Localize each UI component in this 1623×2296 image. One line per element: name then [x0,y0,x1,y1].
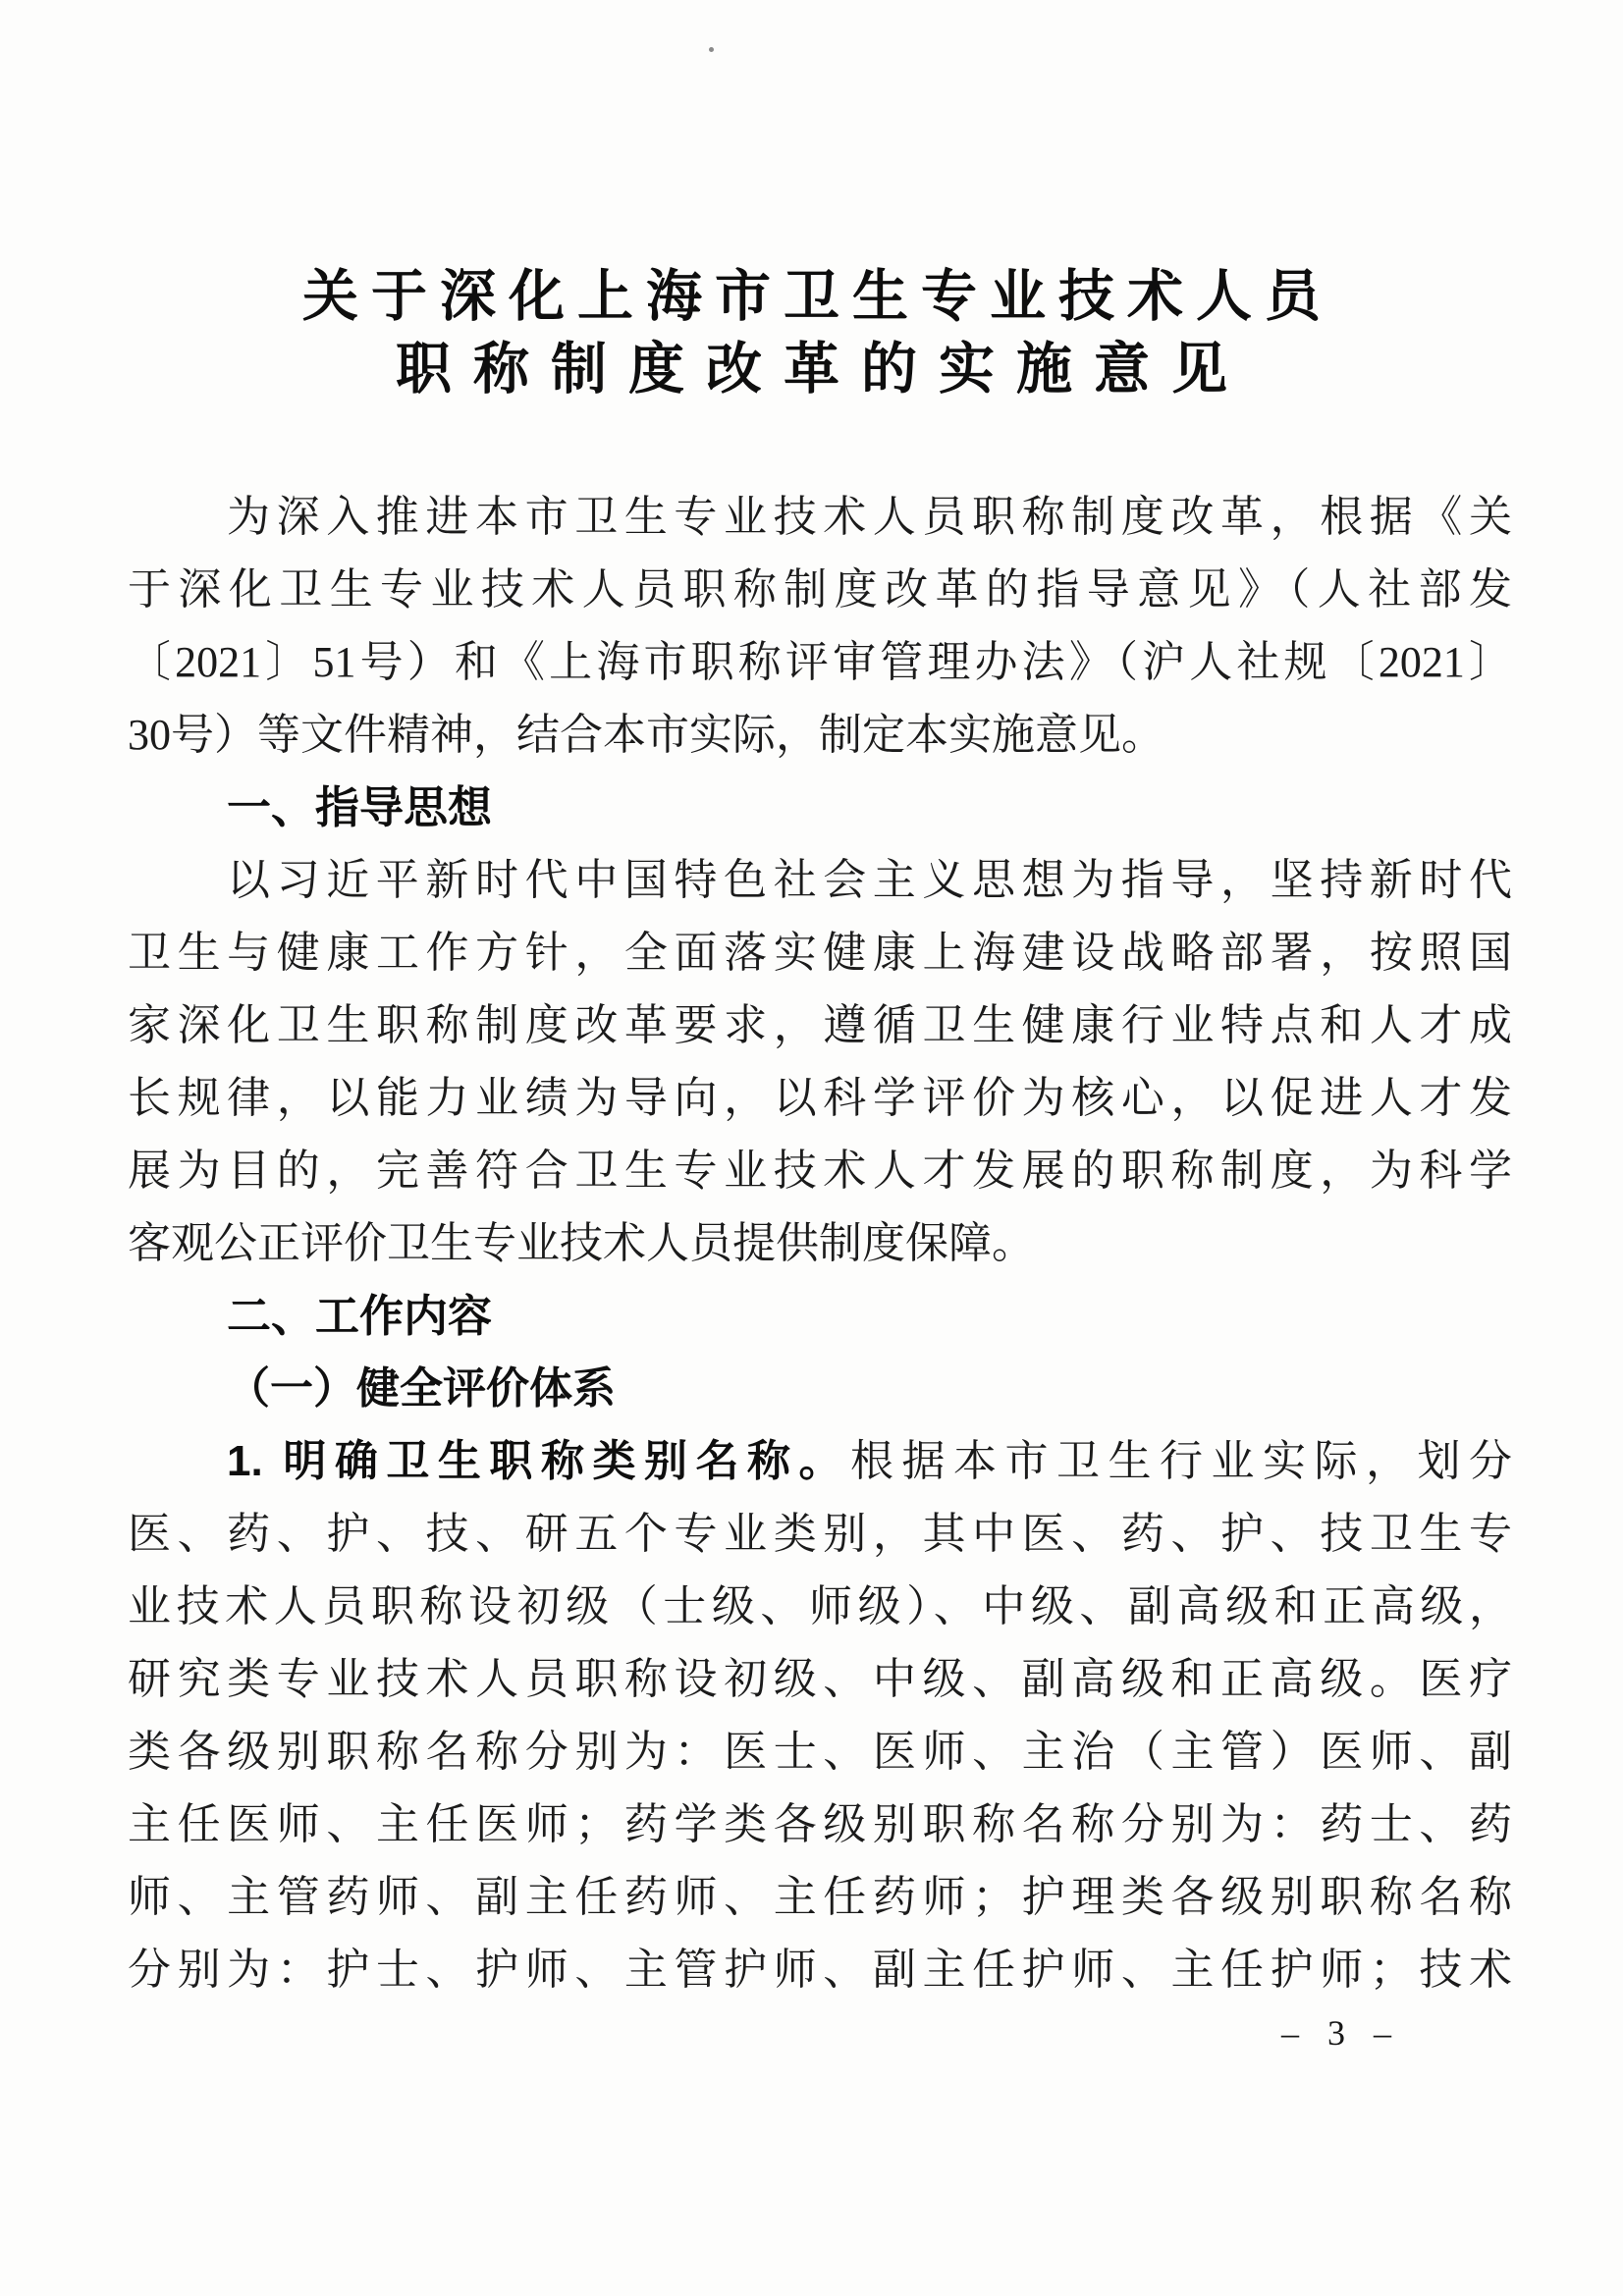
bold-lead-text: 1. 明确卫生职称类别名称。 [227,1437,850,1485]
document-line: 长规律，以能力业绩为导向，以科学评价为核心，以促进人才发 [128,1062,1512,1135]
document-line: 展为目的，完善符合卫生专业技术人才发展的职称制度，为科学 [128,1135,1512,1207]
scan-artifact-dot [709,47,714,52]
document-line: 30号）等文件精神，结合本市实际，制定本实施意见。 [128,699,1512,772]
document-title: 关于深化上海市卫生专业技术人员 职称制度改革的实施意见 [0,0,1623,406]
document-title-line-2: 职称制度改革的实施意见 [0,334,1623,406]
document-line: 客观公正评价卫生专业技术人员提供制度保障。 [128,1207,1512,1280]
document-line: 家深化卫生职称制度改革要求，遵循卫生健康行业特点和人才成 [128,989,1512,1062]
line-text: 根据本市卫生行业实际，划分 [850,1437,1512,1485]
document-line: 1. 明确卫生职称类别名称。根据本市卫生行业实际，划分 [128,1425,1512,1498]
document-line: 分别为：护士、护师、主管护师、副主任护师、主任护师；技术 [128,1934,1512,2006]
document-line: 〔2021〕51号）和《上海市职称评审管理办法》（沪人社规〔2021〕 [128,626,1512,699]
document-line: 研究类专业技术人员职称设初级、中级、副高级和正高级。医疗 [128,1643,1512,1716]
page-number: – 3 – [1281,2012,1401,2054]
document-body: 为深入推进本市卫生专业技术人员职称制度改革，根据《关于深化卫生专业技术人员职称制… [128,406,1512,2006]
document-line: 医、药、护、技、研五个专业类别，其中医、药、护、技卫生专 [128,1498,1512,1571]
document-title-line-1: 关于深化上海市卫生专业技术人员 [0,261,1623,334]
document-line: 卫生与健康工作方针，全面落实健康上海建设战略部署，按照国 [128,917,1512,989]
document-line: 以习近平新时代中国特色社会主义思想为指导，坚持新时代 [128,844,1512,917]
document-line: 类各级别职称名称分别为：医士、医师、主治（主管）医师、副 [128,1716,1512,1789]
section-heading: （一）健全评价体系 [128,1353,1512,1425]
document-line: 主任医师、主任医师；药学类各级别职称名称分别为：药士、药 [128,1789,1512,1861]
section-heading: 一、指导思想 [128,772,1512,844]
document-page: 关于深化上海市卫生专业技术人员 职称制度改革的实施意见 为深入推进本市卫生专业技… [0,0,1623,2296]
document-line: 业技术人员职称设初级（士级、师级）、中级、副高级和正高级， [128,1571,1512,1643]
document-line: 师、主管药师、副主任药师、主任药师；护理类各级别职称名称 [128,1861,1512,1934]
document-line: 为深入推进本市卫生专业技术人员职称制度改革，根据《关 [128,481,1512,554]
document-line: 于深化卫生专业技术人员职称制度改革的指导意见》（人社部发 [128,554,1512,626]
section-heading: 二、工作内容 [128,1280,1512,1353]
